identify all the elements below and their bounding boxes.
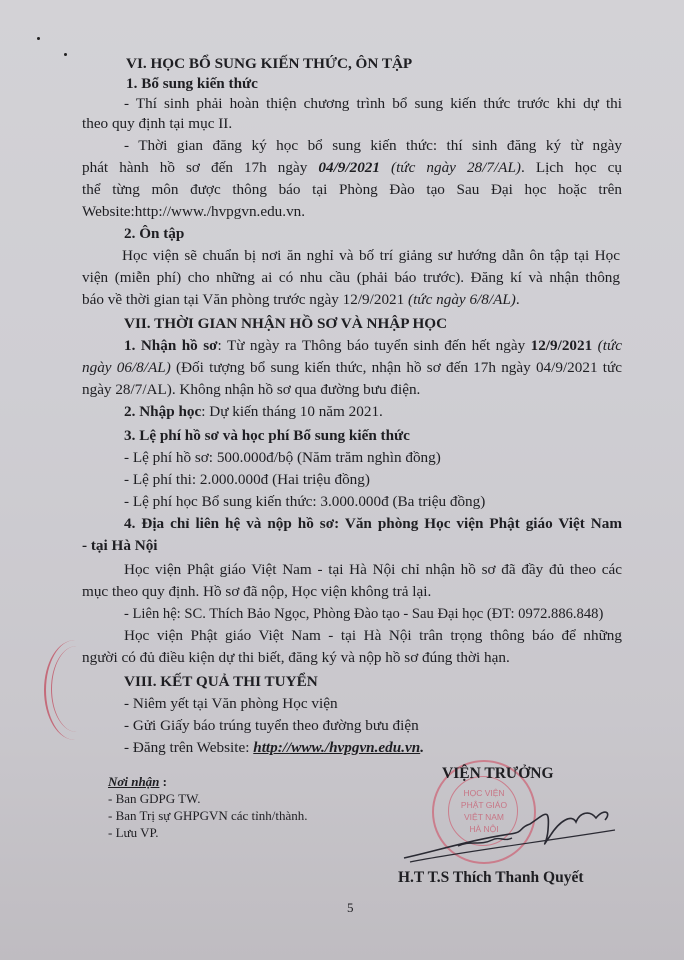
speck [64,53,67,56]
text: - Đăng trên Website: [124,739,253,756]
paragraph-line: - Thời gian đăng ký học bổ sung kiến thứ… [124,136,622,156]
recipient-item: - Lưu VP. [108,825,159,841]
result-item: - Gửi Giấy báo trúng tuyển theo đường bư… [124,716,419,736]
deadline-date: 04/9/2021 [318,159,380,176]
result-item: - Niêm yết tại Văn phòng Học viện [124,694,338,714]
text: phát hành hồ sơ đến 17h ngày [82,159,318,176]
fee-item: - Lệ phí thi: 2.000.000đ (Hai triệu đồng… [124,470,370,490]
fee-item: - Lệ phí hồ sơ: 500.000đ/bộ (Năm trăm ng… [124,448,441,468]
paragraph-line: phát hành hồ sơ đến 17h ngày 04/9/2021 (… [82,158,622,178]
recipients-label: Nơi nhận : [108,774,167,790]
paragraph-line: theo quy định tại mục II. [82,114,232,134]
section-6-title: VI. HỌC BỔ SUNG KIẾN THỨC, ÔN TẬP [126,54,412,74]
lunar-date: (tức [592,337,622,354]
recipient-item: - Ban GDPG TW. [108,791,200,807]
section-7-title: VII. THỜI GIAN NHẬN HỒ SƠ VÀ NHẬP HỌC [124,314,447,334]
stamp-text: HỌC VIỆN [434,788,534,798]
result-item: - Đăng trên Website: http://www./hvpgvn.… [124,738,424,758]
paragraph-line: báo về thời gian tại Văn phòng trước ngà… [82,290,520,310]
section-8-title: VIII. KẾT QUẢ THI TUYỂN [124,672,318,692]
item-label: 2. Nhập học [124,403,201,420]
fees-title: 3. Lệ phí hồ sơ và học phí Bổ sung kiến … [124,426,410,446]
document-page: VI. HỌC BỔ SUNG KIẾN THỨC, ÔN TẬP 1. Bổ … [0,0,684,960]
signatory-title: VIỆN TRƯỞNG [442,764,554,784]
text: : [159,774,167,789]
text: : Dự kiến tháng 10 năm 2021. [201,403,383,420]
paragraph-line: viện (miễn phí) cho những ai có nhu cầu … [82,268,620,288]
text: báo về thời gian tại Văn phòng trước ngà… [82,291,408,308]
signature-scribble [400,800,620,870]
paragraph-line: thể từng môn được thông báo tại Phòng Đà… [82,180,622,200]
deadline-date: 12/9/2021 [531,337,593,354]
paragraph-line: 2. Nhập học: Dự kiến tháng 10 năm 2021. [124,402,383,422]
speck [37,37,40,40]
page-number: 5 [347,898,354,918]
paragraph-line: mục theo quy định. Hồ sơ đã nộp, Học việ… [82,582,431,602]
address-title-cont: - tại Hà Nội [82,536,158,556]
paragraph-line: người có đủ điều kiện dự thi biết, đăng … [82,648,510,668]
paragraph-line: 1. Nhận hồ sơ: Từ ngày ra Thông báo tuyể… [124,336,622,356]
section-6-sub2-title: 2. Ôn tập [124,224,184,244]
lunar-date: (tức ngày 6/8/AL) [408,291,516,308]
text: : Từ ngày ra Thông báo tuyển sinh đến hế… [218,337,531,354]
text: . [420,739,424,756]
paragraph-line: Học viện sẽ chuẩn bị nơi ăn nghỉ và bố t… [122,246,620,266]
stamp-edge [44,640,106,740]
address-title: 4. Địa chỉ liên hệ và nộp hồ sơ: Văn phò… [124,514,622,534]
paragraph-line: ngày 06/8/AL) (Đối tượng bổ sung kiến th… [82,358,622,378]
contact-line: - Liên hệ: SC. Thích Bảo Ngọc, Phòng Đào… [124,604,603,624]
text: . Lịch học cụ [521,159,622,176]
website-text: Website:http://www./hvpgvn.edu.vn. [82,202,305,222]
paragraph-line: ngày 28/7/AL). Không nhận hồ sơ qua đườn… [82,380,420,400]
recipient-item: - Ban Trị sự GHPGVN các tỉnh/thành. [108,808,308,824]
fee-item: - Lệ phí học Bổ sung kiến thức: 3.000.00… [124,492,485,512]
website-link[interactable]: http://www./hvpgvn.edu.vn [253,739,420,756]
section-6-sub1-title: 1. Bổ sung kiến thức [126,74,258,94]
paragraph-line: Học viện Phật giáo Việt Nam - tại Hà Nội… [124,626,622,646]
lunar-date: (tức ngày 28/7/AL) [380,159,521,176]
item-label: 1. Nhận hồ sơ [124,337,218,354]
text: (Đối tượng bổ sung kiến thức, nhận hồ sơ… [171,359,622,376]
text: Nơi nhận [108,774,159,789]
signatory-name: H.T T.S Thích Thanh Quyết [398,868,584,888]
paragraph-line: - Thí sinh phải hoàn thiện chương trình … [124,94,622,114]
paragraph-line: Học viện Phật giáo Việt Nam - tại Hà Nội… [124,560,622,580]
lunar-date: ngày 06/8/AL) [82,359,171,376]
text: . [516,291,520,308]
